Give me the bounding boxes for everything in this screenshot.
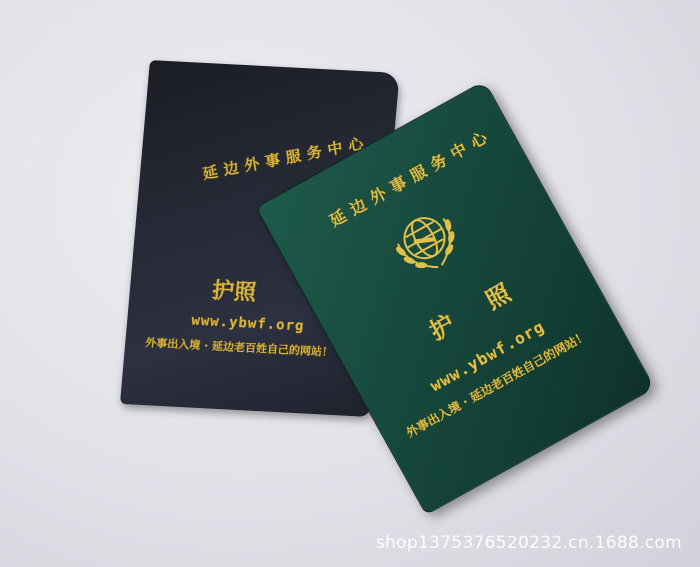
product-photo: 延边外事服务中心 护照 www.ybwf.org 外事出入境 · 延边老百姓自己…: [0, 0, 700, 567]
cover-slogan: 外事出入境 · 延边老百姓自己的网站！: [145, 334, 334, 360]
cover-url: www.ybwf.org: [191, 313, 305, 335]
shop-watermark: shop1375376520232.cn.1688.com: [376, 533, 682, 553]
cover-label: 护照: [211, 274, 258, 307]
